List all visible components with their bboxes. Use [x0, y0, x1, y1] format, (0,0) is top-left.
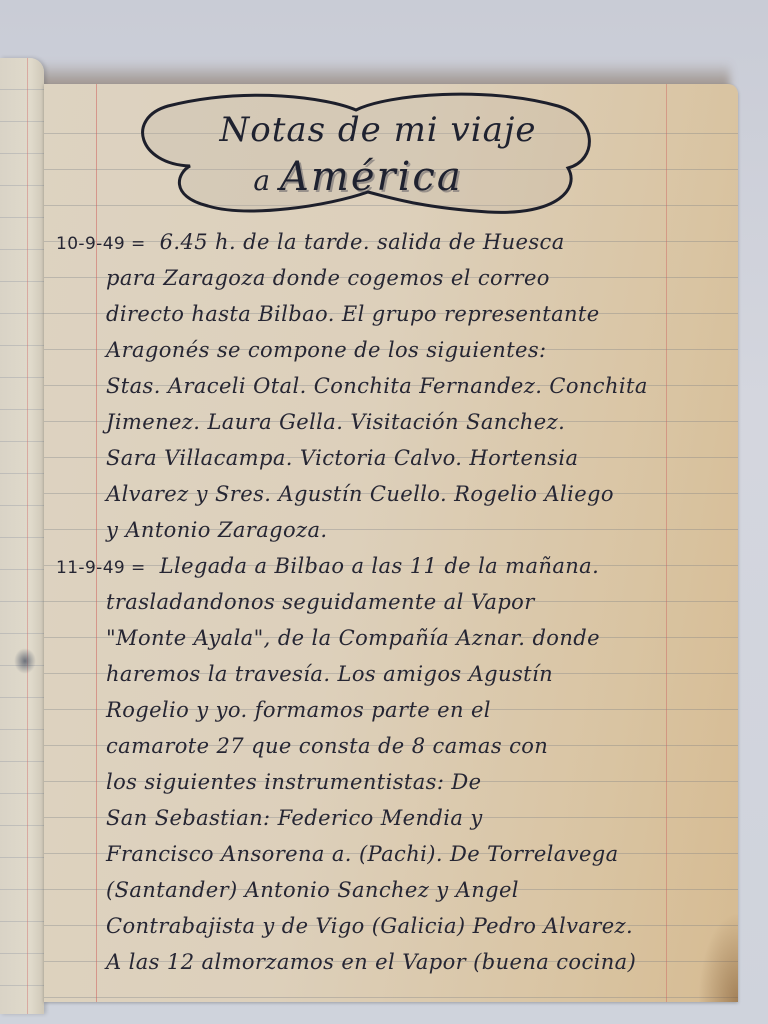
notebook-page: Notas de mi viaje aAmérica 10-9-49 =6.45…	[44, 84, 738, 1002]
entry-line: 10-9-49 =6.45 h. de la tarde. salida de …	[56, 224, 565, 260]
entry-line: directo hasta Bilbao. El grupo represent…	[106, 296, 600, 332]
handwritten-text: 10-9-49 =6.45 h. de la tarde. salida de …	[44, 84, 738, 1002]
entry-line: Contrabajista y de Vigo (Galicia) Pedro …	[106, 908, 633, 944]
entry-line: Stas. Araceli Otal. Conchita Fernandez. …	[106, 368, 648, 404]
ink-stain	[14, 648, 36, 674]
entry-line: Jimenez. Laura Gella. Visitación Sanchez…	[106, 404, 565, 440]
entry-date: 11-9-49 =	[56, 558, 146, 578]
previous-page-edge	[0, 58, 44, 1014]
entry-line: camarote 27 que consta de 8 camas con	[106, 728, 548, 764]
margin-line	[27, 58, 28, 1014]
entry-line: trasladandonos seguidamente al Vapor	[106, 584, 535, 620]
entry-line: haremos la travesía. Los amigos Agustín	[106, 656, 553, 692]
entry-date: 10-9-49 =	[56, 234, 146, 254]
entry-line: Aragonés se compone de los siguientes:	[106, 332, 547, 368]
entry-line: San Sebastian: Federico Mendia y	[106, 800, 483, 836]
entry-line: A las 12 almorzamos en el Vapor (buena c…	[106, 944, 636, 980]
entry-line: Alvarez y Sres. Agustín Cuello. Rogelio …	[106, 476, 614, 512]
entry-line: "Monte Ayala", de la Compañía Aznar. don…	[106, 620, 600, 656]
entry-line: 11-9-49 =Llegada a Bilbao a las 11 de la…	[56, 548, 599, 584]
entry-line: los siguientes instrumentistas: De	[106, 764, 481, 800]
entry-line: Rogelio y yo. formamos parte en el	[106, 692, 491, 728]
entry-line: y Antonio Zaragoza.	[106, 512, 328, 548]
entry-line: (Santander) Antonio Sanchez y Angel	[106, 872, 519, 908]
entry-line: Sara Villacampa. Victoria Calvo. Hortens…	[106, 440, 578, 476]
entry-line: Francisco Ansorena a. (Pachi). De Torrel…	[106, 836, 619, 872]
entry-line: para Zaragoza donde cogemos el correo	[106, 260, 550, 296]
